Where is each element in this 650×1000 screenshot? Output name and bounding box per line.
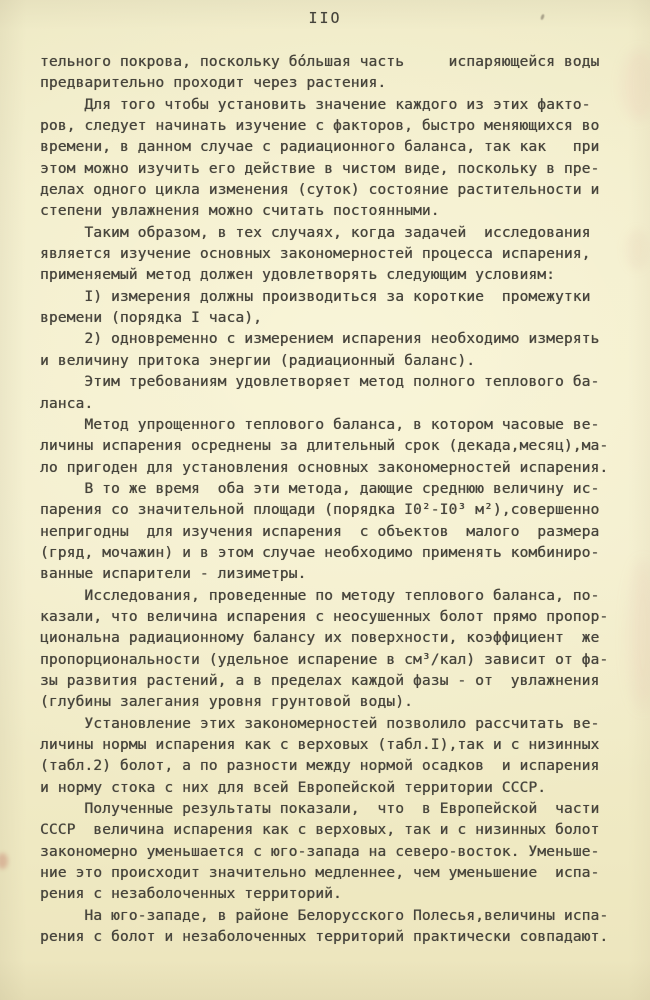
text-line: и величину притока энергии (радиационный… xyxy=(40,351,626,372)
page-number: IIO xyxy=(0,9,650,27)
text-line: этом можно изучить его действие в чистом… xyxy=(40,159,626,180)
text-line: На юго-западе, в районе Белорусского Пол… xyxy=(40,906,626,927)
text-line: времени (порядка I часа), xyxy=(40,308,626,329)
paper-smudge xyxy=(622,50,650,120)
text-line: является изучение основных закономерност… xyxy=(40,244,626,265)
text-line: Установление этих закономерностей позвол… xyxy=(40,714,626,735)
text-line: парения со значительной площади (порядка… xyxy=(40,500,626,521)
text-line: Этим требованиям удовлетворяет метод пол… xyxy=(40,372,626,393)
text-line: Метод упрощенного теплового баланса, в к… xyxy=(40,415,626,436)
text-line: личины испарения осреднены за длительный… xyxy=(40,436,626,457)
text-line: (гряд, мочажин) и в этом случае необходи… xyxy=(40,543,626,564)
text-line: циональна радиационному балансу их повер… xyxy=(40,628,626,649)
page-body-text: тельного покрова, поскольку бо́льшая час… xyxy=(40,52,626,948)
text-line: рения с незаболоченных территорий. xyxy=(40,884,626,905)
text-line: времени, в данном случае с радиационного… xyxy=(40,137,626,158)
text-line: Исследования, проведенные по методу тепл… xyxy=(40,586,626,607)
text-line: тельного покрова, поскольку бо́льшая час… xyxy=(40,52,626,73)
text-line: закономерно уменьшается с юго-запада на … xyxy=(40,842,626,863)
text-line: непригодны для изучения испарения с объе… xyxy=(40,522,626,543)
text-line: зы развития растений, а в пределах каждо… xyxy=(40,671,626,692)
text-line: ров, следует начинать изучение с факторо… xyxy=(40,116,626,137)
paper-stain xyxy=(0,853,8,869)
text-line: (табл.2) болот, а по разности между норм… xyxy=(40,756,626,777)
text-line: ланса. xyxy=(40,394,626,415)
text-line: степени увлажнения можно считать постоян… xyxy=(40,201,626,222)
text-line: Таким образом, в тех случаях, когда зада… xyxy=(40,223,626,244)
paper-smudge xyxy=(628,560,650,710)
text-line: рения с болот и незаболоченных территори… xyxy=(40,927,626,948)
text-line: СССР величина испарения как с верховых, … xyxy=(40,820,626,841)
text-line: В то же время оба эти метода, дающие сре… xyxy=(40,479,626,500)
text-line: I) измерения должны производиться за кор… xyxy=(40,287,626,308)
text-line: и норму стока с них для всей Европейской… xyxy=(40,778,626,799)
text-line: Полученные результаты показали, что в Ев… xyxy=(40,799,626,820)
text-line: пропорциональности (удельное испарение в… xyxy=(40,650,626,671)
document-page: IIO тельного покрова, поскольку бо́льшая… xyxy=(0,0,650,1000)
text-line: делах одного цикла изменения (суток) сос… xyxy=(40,180,626,201)
text-line: ние это происходит значительно медленнее… xyxy=(40,863,626,884)
text-line: ло пригоден для установления основных за… xyxy=(40,458,626,479)
text-line: казали, что величина испарения с неосуше… xyxy=(40,607,626,628)
text-line: предварительно проходит через растения. xyxy=(40,73,626,94)
text-line: Для того чтобы установить значение каждо… xyxy=(40,95,626,116)
text-line: (глубины залегания уровня грунтовой воды… xyxy=(40,692,626,713)
text-line: 2) одновременно с измерением испарения н… xyxy=(40,329,626,350)
paper-smudge xyxy=(626,230,648,270)
text-line: ванные испарители - лизиметры. xyxy=(40,564,626,585)
text-line: личины нормы испарения как с верховых (т… xyxy=(40,735,626,756)
text-line: применяемый метод должен удовлетворять с… xyxy=(40,265,626,286)
